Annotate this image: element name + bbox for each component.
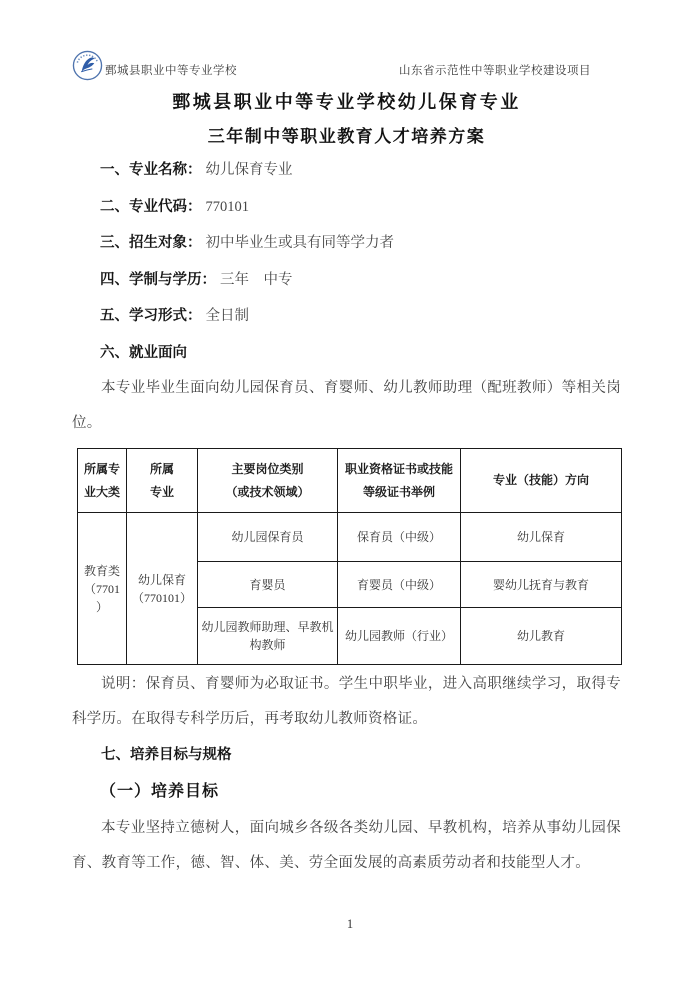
school-emblem-icon (72, 50, 103, 81)
cell-position: 幼儿园教师助理、早教机构教师 (198, 608, 338, 665)
info-value: 幼儿保育专业 (206, 162, 293, 178)
info-item-schooling: 四、学制与学历：三年 中专 (72, 262, 621, 299)
running-header: 鄄城县职业中等专业学校 山东省示范性中等职业学校建设项目 (72, 44, 621, 78)
info-item-study-form: 五、学习形式：全日制 (72, 298, 621, 335)
cell-certificate: 幼儿园教师（行业） (338, 608, 461, 665)
document-page: 鄄城县职业中等专业学校 山东省示范性中等职业学校建设项目 鄄城县职业中等专业学校… (0, 0, 700, 990)
info-label: 四、学制与学历： (100, 272, 216, 288)
table-row: 教育类 （7701 ） 幼儿保育 （770101） 幼儿园保育员 保育员（中级）… (78, 513, 622, 562)
employment-table-head: 所属专 业大类 所属 专业 主要岗位类别 （或技术领域） 职业资格证书或技能 等… (78, 449, 622, 513)
info-item-enrollment-target: 三、招生对象：初中毕业生或具有同等学力者 (72, 225, 621, 262)
header-school-name: 鄄城县职业中等专业学校 (105, 62, 237, 78)
info-item-major-code: 二、专业代码：770101 (72, 189, 621, 226)
training-objective-paragraph: 本专业坚持立德树人，面向城乡各级各类幼儿园、早教机构，培养从事幼儿园保育、教育等… (72, 811, 621, 881)
document-title-line1: 鄄城县职业中等专业学校幼儿保育专业 (72, 90, 621, 115)
info-value: 初中毕业生或具有同等学力者 (206, 235, 395, 251)
col-header-category: 所属专 业大类 (78, 449, 127, 513)
table-header-row: 所属专 业大类 所属 专业 主要岗位类别 （或技术领域） 职业资格证书或技能 等… (78, 449, 622, 513)
info-label: 二、专业代码： (100, 199, 202, 215)
info-item-major-name: 一、专业名称：幼儿保育专业 (72, 152, 621, 189)
employment-table-body: 教育类 （7701 ） 幼儿保育 （770101） 幼儿园保育员 保育员（中级）… (78, 513, 622, 665)
info-label: 一、专业名称： (100, 162, 202, 178)
info-list: 一、专业名称：幼儿保育专业 二、专业代码：770101 三、招生对象：初中毕业生… (72, 152, 621, 371)
cell-position: 育婴员 (198, 562, 338, 608)
col-header-major: 所属 专业 (127, 449, 198, 513)
header-project-name: 山东省示范性中等职业学校建设项目 (399, 62, 621, 78)
info-label: 五、学习形式： (100, 308, 202, 324)
header-left-group: 鄄城县职业中等专业学校 (72, 50, 237, 78)
info-value: 770101 (206, 199, 250, 215)
cell-direction: 幼儿保育 (461, 513, 622, 562)
document-content: 鄄城县职业中等专业学校 山东省示范性中等职业学校建设项目 鄄城县职业中等专业学校… (0, 0, 700, 881)
info-item-employment-heading: 六、就业面向 (72, 335, 621, 372)
cell-major: 幼儿保育 （770101） (127, 513, 198, 665)
document-title-line2: 三年制中等职业教育人才培养方案 (72, 125, 621, 149)
cell-position: 幼儿园保育员 (198, 513, 338, 562)
subsection-1-heading: （一）培养目标 (72, 773, 621, 811)
info-label: 三、招生对象： (100, 235, 202, 251)
employment-intro-paragraph: 本专业毕业生面向幼儿园保育员、育婴师、幼儿教师助理（配班教师）等相关岗位。 (72, 371, 621, 441)
col-header-direction: 专业（技能）方向 (461, 449, 622, 513)
page-number: 1 (0, 917, 700, 932)
table-note-paragraph: 说明：保育员、育婴师为必取证书。学生中职毕业，进入高职继续学习，取得专科学历。在… (72, 667, 621, 737)
cell-certificate: 育婴员（中级） (338, 562, 461, 608)
info-label: 六、就业面向 (100, 345, 187, 361)
col-header-position: 主要岗位类别 （或技术领域） (198, 449, 338, 513)
info-value: 全日制 (206, 308, 250, 324)
cell-direction: 幼儿教育 (461, 608, 622, 665)
employment-table: 所属专 业大类 所属 专业 主要岗位类别 （或技术领域） 职业资格证书或技能 等… (77, 448, 622, 665)
info-value: 三年 中专 (220, 272, 293, 288)
cell-direction: 婴幼儿抚育与教育 (461, 562, 622, 608)
cell-certificate: 保育员（中级） (338, 513, 461, 562)
section-7-heading: 七、培养目标与规格 (72, 737, 621, 773)
cell-category: 教育类 （7701 ） (78, 513, 127, 665)
col-header-certificate: 职业资格证书或技能 等级证书举例 (338, 449, 461, 513)
